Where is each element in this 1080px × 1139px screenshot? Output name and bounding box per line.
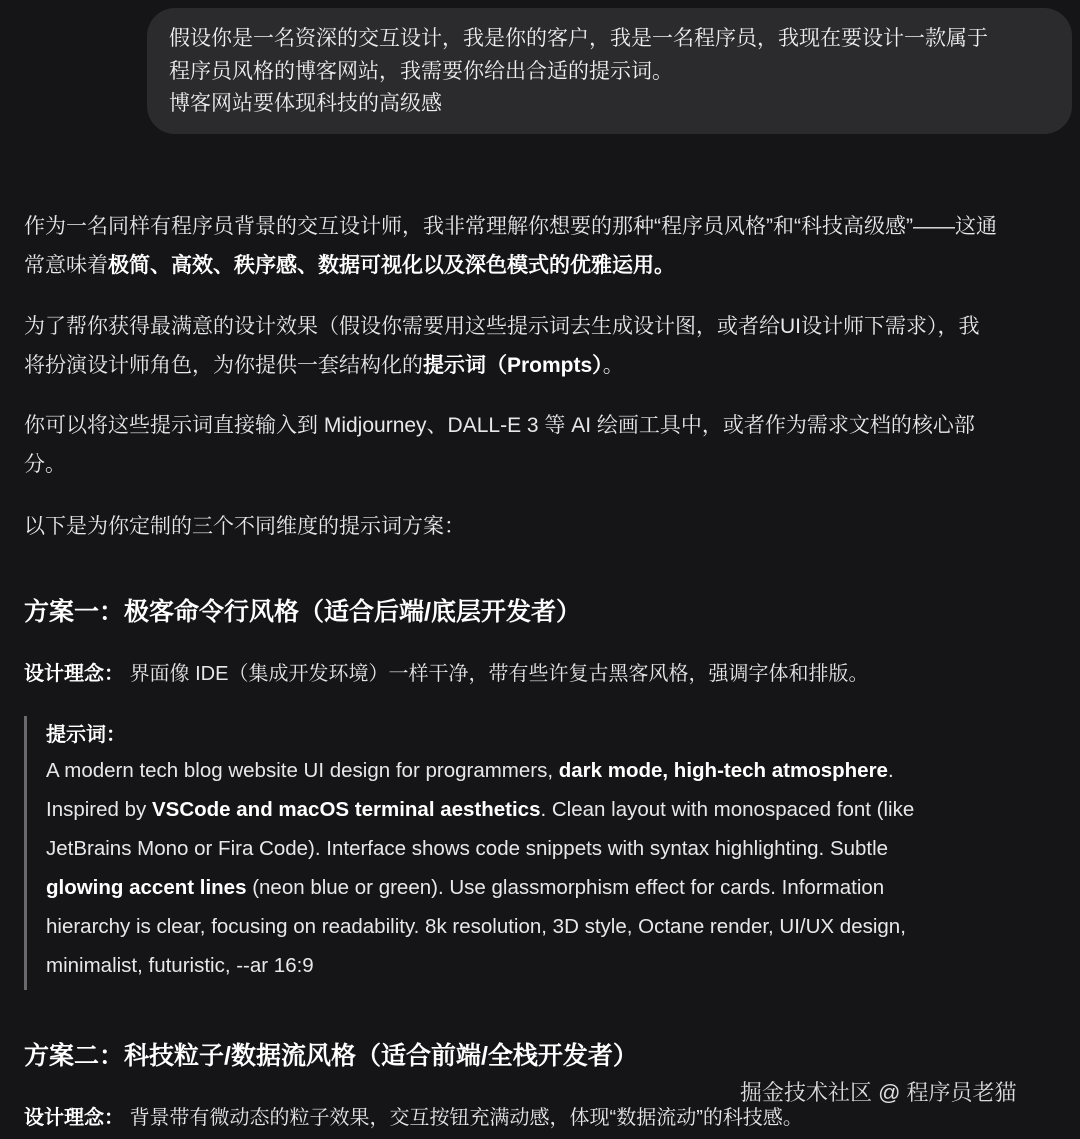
purpose-line-1: 为了帮你获得最满意的设计效果（假设你需要用这些提示词去生成设计图，或者给UI设计…: [24, 307, 1064, 346]
prompt-label: 提示词：: [46, 719, 1064, 751]
scheme2-heading: 方案二：科技粒子/数据流风格（适合前端/全栈开发者）: [24, 1036, 638, 1076]
user-message-bubble: 假设你是一名资深的交互设计，我是你的客户，我是一名程序员，我现在要设计一款属于 …: [147, 8, 1072, 134]
paragraph-tools: 你可以将这些提示词直接输入到 Midjourney、DALL-E 3 等 AI …: [24, 406, 1064, 484]
intro-line-1: 作为一名同样有程序员背景的交互设计师，我非常理解你想要的那种“程序员风格”和“科…: [24, 207, 1064, 246]
prompt-line: glowing accent lines (neon blue or green…: [46, 868, 1064, 907]
tools-line-1: 你可以将这些提示词直接输入到 Midjourney、DALL-E 3 等 AI …: [24, 406, 1064, 445]
concept-label: 设计理念：: [24, 663, 124, 685]
scheme1-prompt-blockquote: 提示词： A modern tech blog website UI desig…: [24, 716, 1064, 990]
prompt-line: hierarchy is clear, focusing on readabil…: [46, 907, 1064, 946]
prompt-line: Inspired by VSCode and macOS terminal ae…: [46, 790, 1064, 829]
prompt-text[interactable]: A modern tech blog website UI design for…: [46, 751, 1064, 985]
paragraph-intro-schemes: 以下是为你定制的三个不同维度的提示词方案：: [24, 507, 1064, 546]
paragraph-purpose: 为了帮你获得最满意的设计效果（假设你需要用这些提示词去生成设计图，或者给UI设计…: [24, 307, 1064, 385]
prompt-line: JetBrains Mono or Fira Code). Interface …: [46, 829, 1064, 868]
prompt-line: minimalist, futuristic, --ar 16:9: [46, 946, 1064, 985]
purpose-line-2: 将扮演设计师角色，为你提供一套结构化的: [24, 354, 423, 377]
scheme1-heading: 方案一：极客命令行风格（适合后端/底层开发者）: [24, 592, 581, 632]
intro-emphasis: 极简、高效、秩序感、数据可视化以及深色模式的优雅运用。: [108, 254, 675, 277]
prompt-line: A modern tech blog website UI design for…: [46, 751, 1064, 790]
watermark: 掘金技术社区 @ 程序员老猫: [740, 1076, 1017, 1107]
user-message-line: 程序员风格的博客网站，我需要你给出合适的提示词。: [169, 56, 1050, 89]
purpose-end: 。: [603, 354, 624, 377]
user-message-line: 假设你是一名资深的交互设计，我是你的客户，我是一名程序员，我现在要设计一款属于: [169, 23, 1050, 56]
concept-label: 设计理念：: [24, 1107, 124, 1129]
intro-line-2: 常意味着: [24, 254, 108, 277]
tools-line-2: 分。: [24, 445, 1064, 484]
intro-paragraph: 作为一名同样有程序员背景的交互设计师，我非常理解你想要的那种“程序员风格”和“科…: [24, 207, 1064, 285]
scheme2-concept: 设计理念： 背景带有微动态的粒子效果，交互按钮充满动感，体现“数据流动”的科技感…: [24, 1102, 803, 1134]
purpose-emphasis: 提示词（Prompts）: [423, 354, 603, 377]
scheme1-concept: 设计理念： 界面像 IDE（集成开发环境）一样干净，带有些许复古黑客风格，强调字…: [24, 658, 868, 690]
concept-text: 背景带有微动态的粒子效果，交互按钮充满动感，体现“数据流动”的科技感。: [130, 1107, 803, 1129]
user-message-line: 博客网站要体现科技的高级感: [169, 88, 1050, 121]
concept-text: 界面像 IDE（集成开发环境）一样干净，带有些许复古黑客风格，强调字体和排版。: [130, 663, 869, 685]
